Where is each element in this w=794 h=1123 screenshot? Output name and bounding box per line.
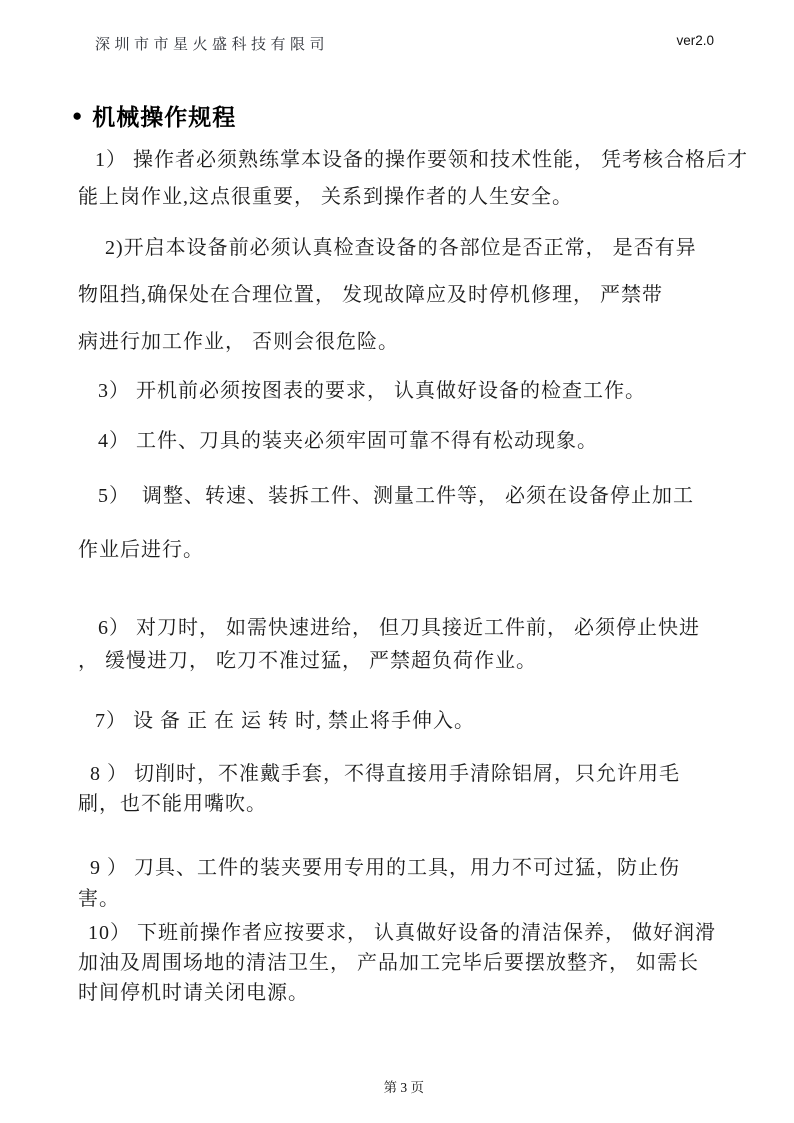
text-line: 作业后进行。 [78,523,778,577]
text-line: 时间停机时请关闭电源。 [78,978,778,1008]
rule-item-10: 10） 下班前操作者应按要求， 认真做好设备的清洁保养， 做好润滑 加油及周围场… [78,918,778,1008]
document-header: 深圳市市星火盛科技有限司 ver2.0 [95,33,714,54]
rule-item-4: 4） 工件、刀具的装夹必须牢固可靠不得有松动现象。 [78,426,778,456]
page-number: 第 3 页 [384,1080,425,1095]
text-line: 物阻挡,确保处在合理位置， 发现故障应及时停机修理， 严禁带 [78,272,778,319]
text-line: 9 ） 刀具、工件的装夹要用专用的工具，用力不可过猛，防止伤 [78,853,778,884]
company-name: 深圳市市星火盛科技有限司 [95,33,329,54]
text-line: 能上岗作业,这点很重要， 关系到操作者的人生安全。 [78,179,778,216]
rule-item-2: 2)开启本设备前必须认真检查设备的各部位是否正常， 是否有异 物阻挡,确保处在合… [78,225,778,366]
rule-item-9: 9 ） 刀具、工件的装夹要用专用的工具，用力不可过猛，防止伤 害。 [78,853,778,915]
section-title-text: 机械操作规程 [92,99,236,132]
rule-item-8: 8 ） 切削时，不准戴手套，不得直接用手清除铝屑，只允许用毛 刷，也不能用嘴吹。 [78,759,778,819]
text-line: 6） 对刀时， 如需快速进给， 但刀具接近工件前， 必须停止快进 [78,612,778,645]
rule-item-1: 1） 操作者必须熟练掌本设备的操作要领和技术性能， 凭考核合格后才 能上岗作业,… [78,142,778,216]
text-line: 10） 下班前操作者应按要求， 认真做好设备的清洁保养， 做好润滑 [78,918,778,948]
text-line: 病进行加工作业， 否则会很危险。 [78,319,778,366]
text-line: 8 ） 切削时，不准戴手套，不得直接用手清除铝屑，只允许用毛 [78,759,778,789]
text-line: ， 缓慢进刀， 吃刀不准过猛， 严禁超负荷作业。 [78,645,778,678]
text-line: 7） 设 备 正 在 运 转 时, 禁止将手伸入。 [78,706,778,736]
rule-item-7: 7） 设 备 正 在 运 转 时, 禁止将手伸入。 [78,706,778,736]
section-title: ● 机械操作规程 [72,99,236,132]
text-line: 刷，也不能用嘴吹。 [78,789,778,819]
page-footer: 第 3 页 [0,1060,794,1112]
rule-item-6: 6） 对刀时， 如需快速进给， 但刀具接近工件前， 必须停止快进 ， 缓慢进刀，… [78,612,778,678]
text-line: 5） 调整、转速、装拆工件、测量工件等， 必须在设备停止加工 [78,469,778,523]
text-line: 2)开启本设备前必须认真检查设备的各部位是否正常， 是否有异 [78,225,778,272]
document-page: 深圳市市星火盛科技有限司 ver2.0 ● 机械操作规程 1） 操作者必须熟练掌… [0,0,794,1123]
text-line: 4） 工件、刀具的装夹必须牢固可靠不得有松动现象。 [78,426,778,456]
text-line: 害。 [78,884,778,915]
rule-item-5: 5） 调整、转速、装拆工件、测量工件等， 必须在设备停止加工 作业后进行。 [78,469,778,577]
text-line: 加油及周围场地的清洁卫生， 产品加工完毕后要摆放整齐， 如需长 [78,948,778,978]
text-line: 3） 开机前必须按图表的要求， 认真做好设备的检查工作。 [78,376,778,406]
text-line: 1） 操作者必须熟练掌本设备的操作要领和技术性能， 凭考核合格后才 [78,142,778,179]
bullet-icon: ● [72,107,82,124]
rule-item-3: 3） 开机前必须按图表的要求， 认真做好设备的检查工作。 [78,376,778,406]
version-label: ver2.0 [676,33,714,48]
